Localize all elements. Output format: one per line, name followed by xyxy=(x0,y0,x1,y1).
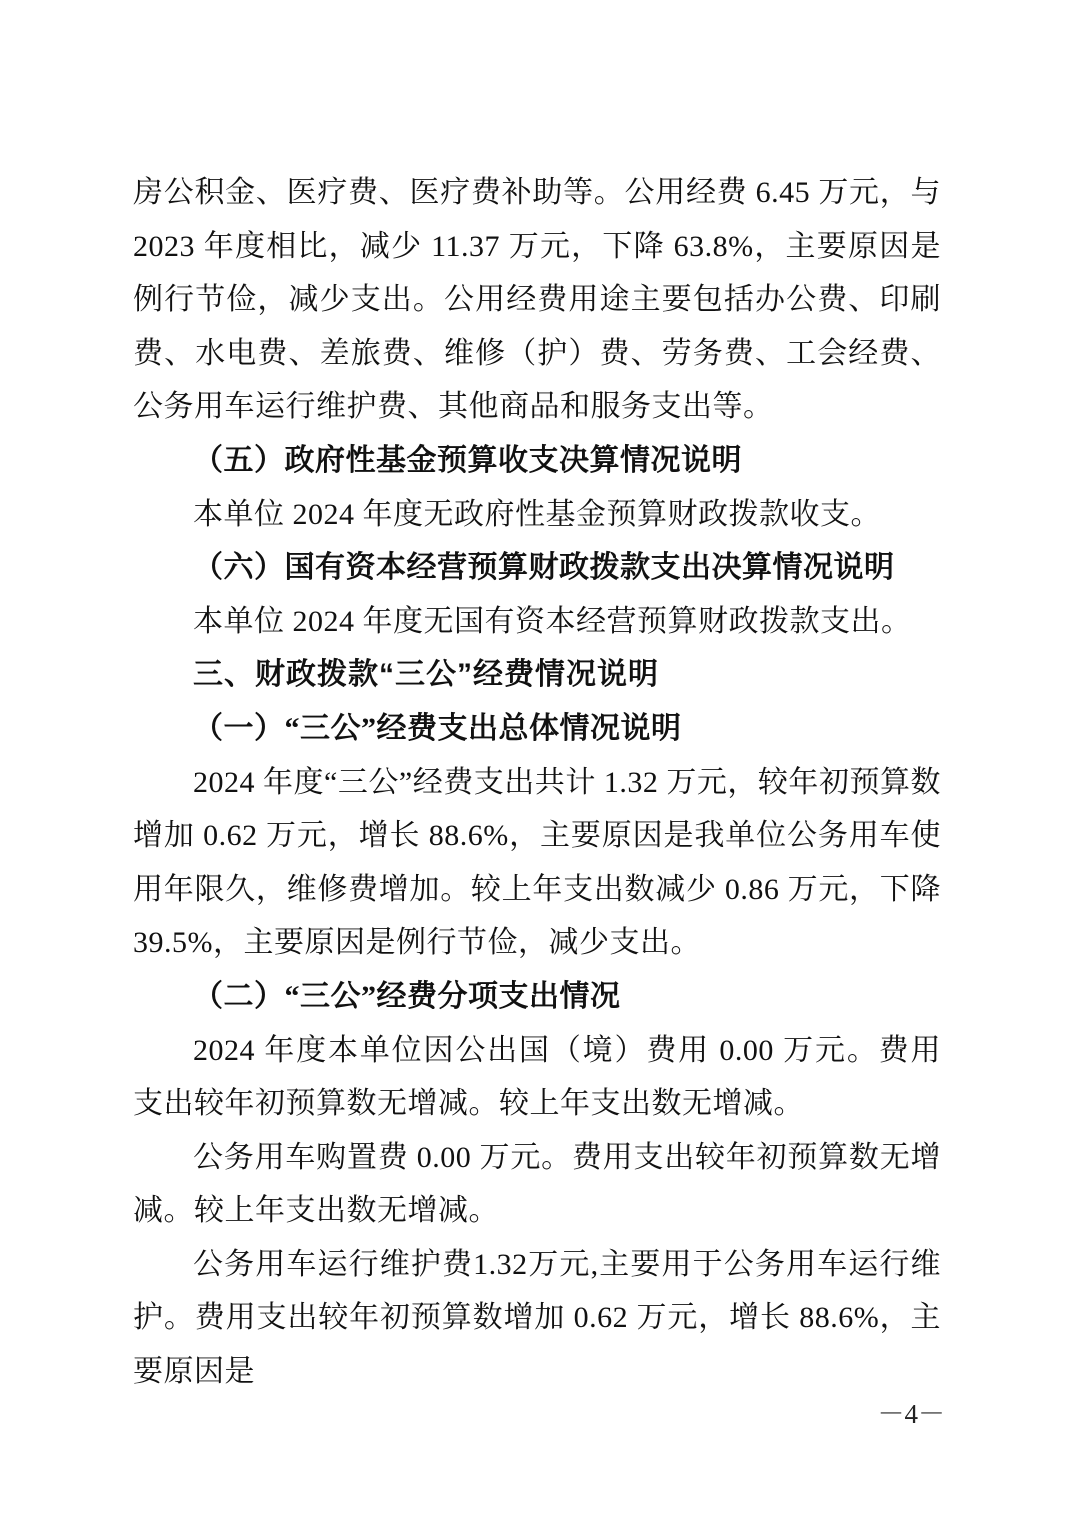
paragraph-overseas-travel-expense: 2024 年度本单位因公出国（境）费用 0.00 万元。费用支出较年初预算数无增… xyxy=(133,1024,941,1131)
heading-section-five-government-fund: （五）政府性基金预算收支决算情况说明 xyxy=(133,434,941,488)
paragraph-no-state-capital: 本单位 2024 年度无国有资本经营预算财政拨款支出。 xyxy=(133,595,941,649)
paragraph-sangong-overall-expense: 2024 年度“三公”经费支出共计 1.32 万元，较年初预算数增加 0.62 … xyxy=(133,756,941,970)
page-footer: －4－ xyxy=(133,1396,945,1432)
heading-subsection-one-overall-expense: （一）“三公”经费支出总体情况说明 xyxy=(133,702,941,756)
paragraph-no-government-fund: 本单位 2024 年度无政府性基金预算财政拨款收支。 xyxy=(133,488,941,542)
document-body: 房公积金、医疗费、医疗费补助等。公用经费 6.45 万元，与 2023 年度相比… xyxy=(133,166,941,1399)
heading-chapter-three-sangong-funds: 三、财政拨款“三公”经费情况说明 xyxy=(133,648,941,702)
paragraph-vehicle-purchase-expense: 公务用车购置费 0.00 万元。费用支出较年初预算数无增减。较上年支出数无增减。 xyxy=(133,1131,941,1238)
page-number: －4－ xyxy=(878,1399,946,1429)
paragraph-general-expense-continuation: 房公积金、医疗费、医疗费补助等。公用经费 6.45 万元，与 2023 年度相比… xyxy=(133,166,941,434)
heading-section-six-state-capital: （六）国有资本经营预算财政拨款支出决算情况说明 xyxy=(133,541,941,595)
paragraph-vehicle-maintenance-expense: 公务用车运行维护费1.32万元,主要用于公务用车运行维护。费用支出较年初预算数增… xyxy=(133,1238,941,1399)
heading-subsection-two-itemized-expense: （二）“三公”经费分项支出情况 xyxy=(133,970,941,1024)
document-page: 房公积金、医疗费、医疗费补助等。公用经费 6.45 万元，与 2023 年度相比… xyxy=(0,0,1069,1515)
